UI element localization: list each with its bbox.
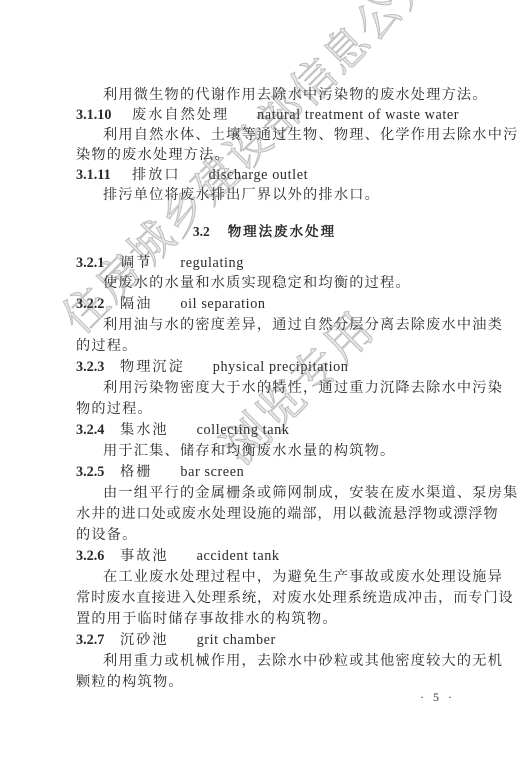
paragraph-line: 在工业废水处理过程中，为避免生产事故或废水处理设施异 [103, 568, 463, 586]
term-entry-3-1-10: 3.1.10废水自然处理natural treatment of waste w… [76, 106, 462, 124]
term-entry-3-2-5: 3.2.5格栅bar screen [76, 463, 462, 481]
term-number: 3.1.11 [76, 166, 132, 184]
term-chinese: 集水池 [120, 421, 169, 439]
term-chinese: 调节 [120, 254, 152, 272]
term-english: discharge outlet [209, 167, 309, 183]
paragraph-line: 物的过程。 [76, 400, 462, 418]
document-page: 利用微生物的代谢作用去除水中污染物的废水处理方法。 3.1.10废水自然处理na… [0, 0, 529, 768]
term-entry-3-2-2: 3.2.2隔油oil separation [76, 295, 462, 313]
term-chinese: 事故池 [120, 547, 169, 565]
term-number: 3.2.1 [76, 254, 120, 272]
term-entry-3-2-7: 3.2.7沉砂池grit chamber [76, 631, 462, 649]
paragraph-line: 由一组平行的金属栅条或筛网制成，安装在废水渠道、泵房集 [103, 484, 463, 502]
term-english: natural treatment of waste water [257, 107, 459, 123]
term-number: 3.2.5 [76, 463, 120, 481]
section-number: 3.2 [193, 224, 210, 239]
term-english: physical precipitation [213, 359, 349, 375]
paragraph-line: 排污单位将废水排出厂界以外的排水口。 [103, 186, 463, 204]
paragraph-line: 染物的废水处理方法。 [76, 146, 462, 164]
term-english: oil separation [180, 296, 265, 312]
paragraph-line: 置的用于临时储存事故排水的构筑物。 [76, 610, 462, 628]
paragraph-line: 利用重力或机械作用，去除水中砂粒或其他密度较大的无机 [103, 652, 463, 670]
term-english: regulating [180, 255, 244, 271]
paragraph-line: 利用污染物密度大于水的特性，通过重力沉降去除水中污染 [103, 379, 463, 397]
term-english: accident tank [197, 548, 280, 564]
term-number: 3.2.3 [76, 358, 120, 376]
term-entry-3-2-4: 3.2.4集水池collecting tank [76, 421, 462, 439]
paragraph-line: 用于汇集、储存和均衡废水水量的构筑物。 [103, 442, 463, 460]
term-entry-3-2-1: 3.2.1调节regulating [76, 254, 462, 272]
term-chinese: 排放口 [132, 166, 181, 184]
term-chinese: 废水自然处理 [132, 106, 229, 124]
section-heading: 3.2物理法废水处理 [0, 220, 529, 240]
paragraph-line: 颗粒的构筑物。 [76, 673, 462, 691]
term-entry-3-1-11: 3.1.11排放口discharge outlet [76, 166, 462, 184]
page-number: · 5 · [420, 690, 455, 705]
term-entry-3-2-6: 3.2.6事故池accident tank [76, 547, 462, 565]
paragraph-line: 水井的进口处或废水处理设施的端部，用以截流悬浮物或漂浮物 [76, 505, 462, 523]
term-english: bar screen [180, 464, 244, 480]
term-chinese: 隔油 [120, 295, 152, 313]
paragraph-line: 使废水的水量和水质实现稳定和均衡的过程。 [103, 274, 463, 292]
term-chinese: 物理沉淀 [120, 358, 185, 376]
section-title-text: 物理法废水处理 [228, 224, 337, 240]
paragraph-line: 利用微生物的代谢作用去除水中污染物的废水处理方法。 [103, 86, 463, 104]
paragraph-line: 的过程。 [76, 337, 462, 355]
term-number: 3.2.6 [76, 547, 120, 565]
paragraph-line: 常时废水直接进入处理系统，对废水处理系统造成冲击，而专门设 [76, 589, 462, 607]
term-english: collecting tank [197, 422, 290, 438]
term-chinese: 沉砂池 [120, 631, 169, 649]
term-number: 3.2.7 [76, 631, 120, 649]
term-number: 3.1.10 [76, 106, 132, 124]
term-number: 3.2.4 [76, 421, 120, 439]
paragraph-line: 利用自然水体、土壤等通过生物、物理、化学作用去除水中污 [103, 126, 463, 144]
term-entry-3-2-3: 3.2.3物理沉淀physical precipitation [76, 358, 462, 376]
paragraph-line: 利用油与水的密度差异，通过自然分层分离去除废水中油类 [103, 316, 463, 334]
paragraph-line: 的设备。 [76, 526, 462, 544]
term-number: 3.2.2 [76, 295, 120, 313]
term-chinese: 格栅 [120, 463, 152, 481]
term-english: grit chamber [197, 632, 276, 648]
